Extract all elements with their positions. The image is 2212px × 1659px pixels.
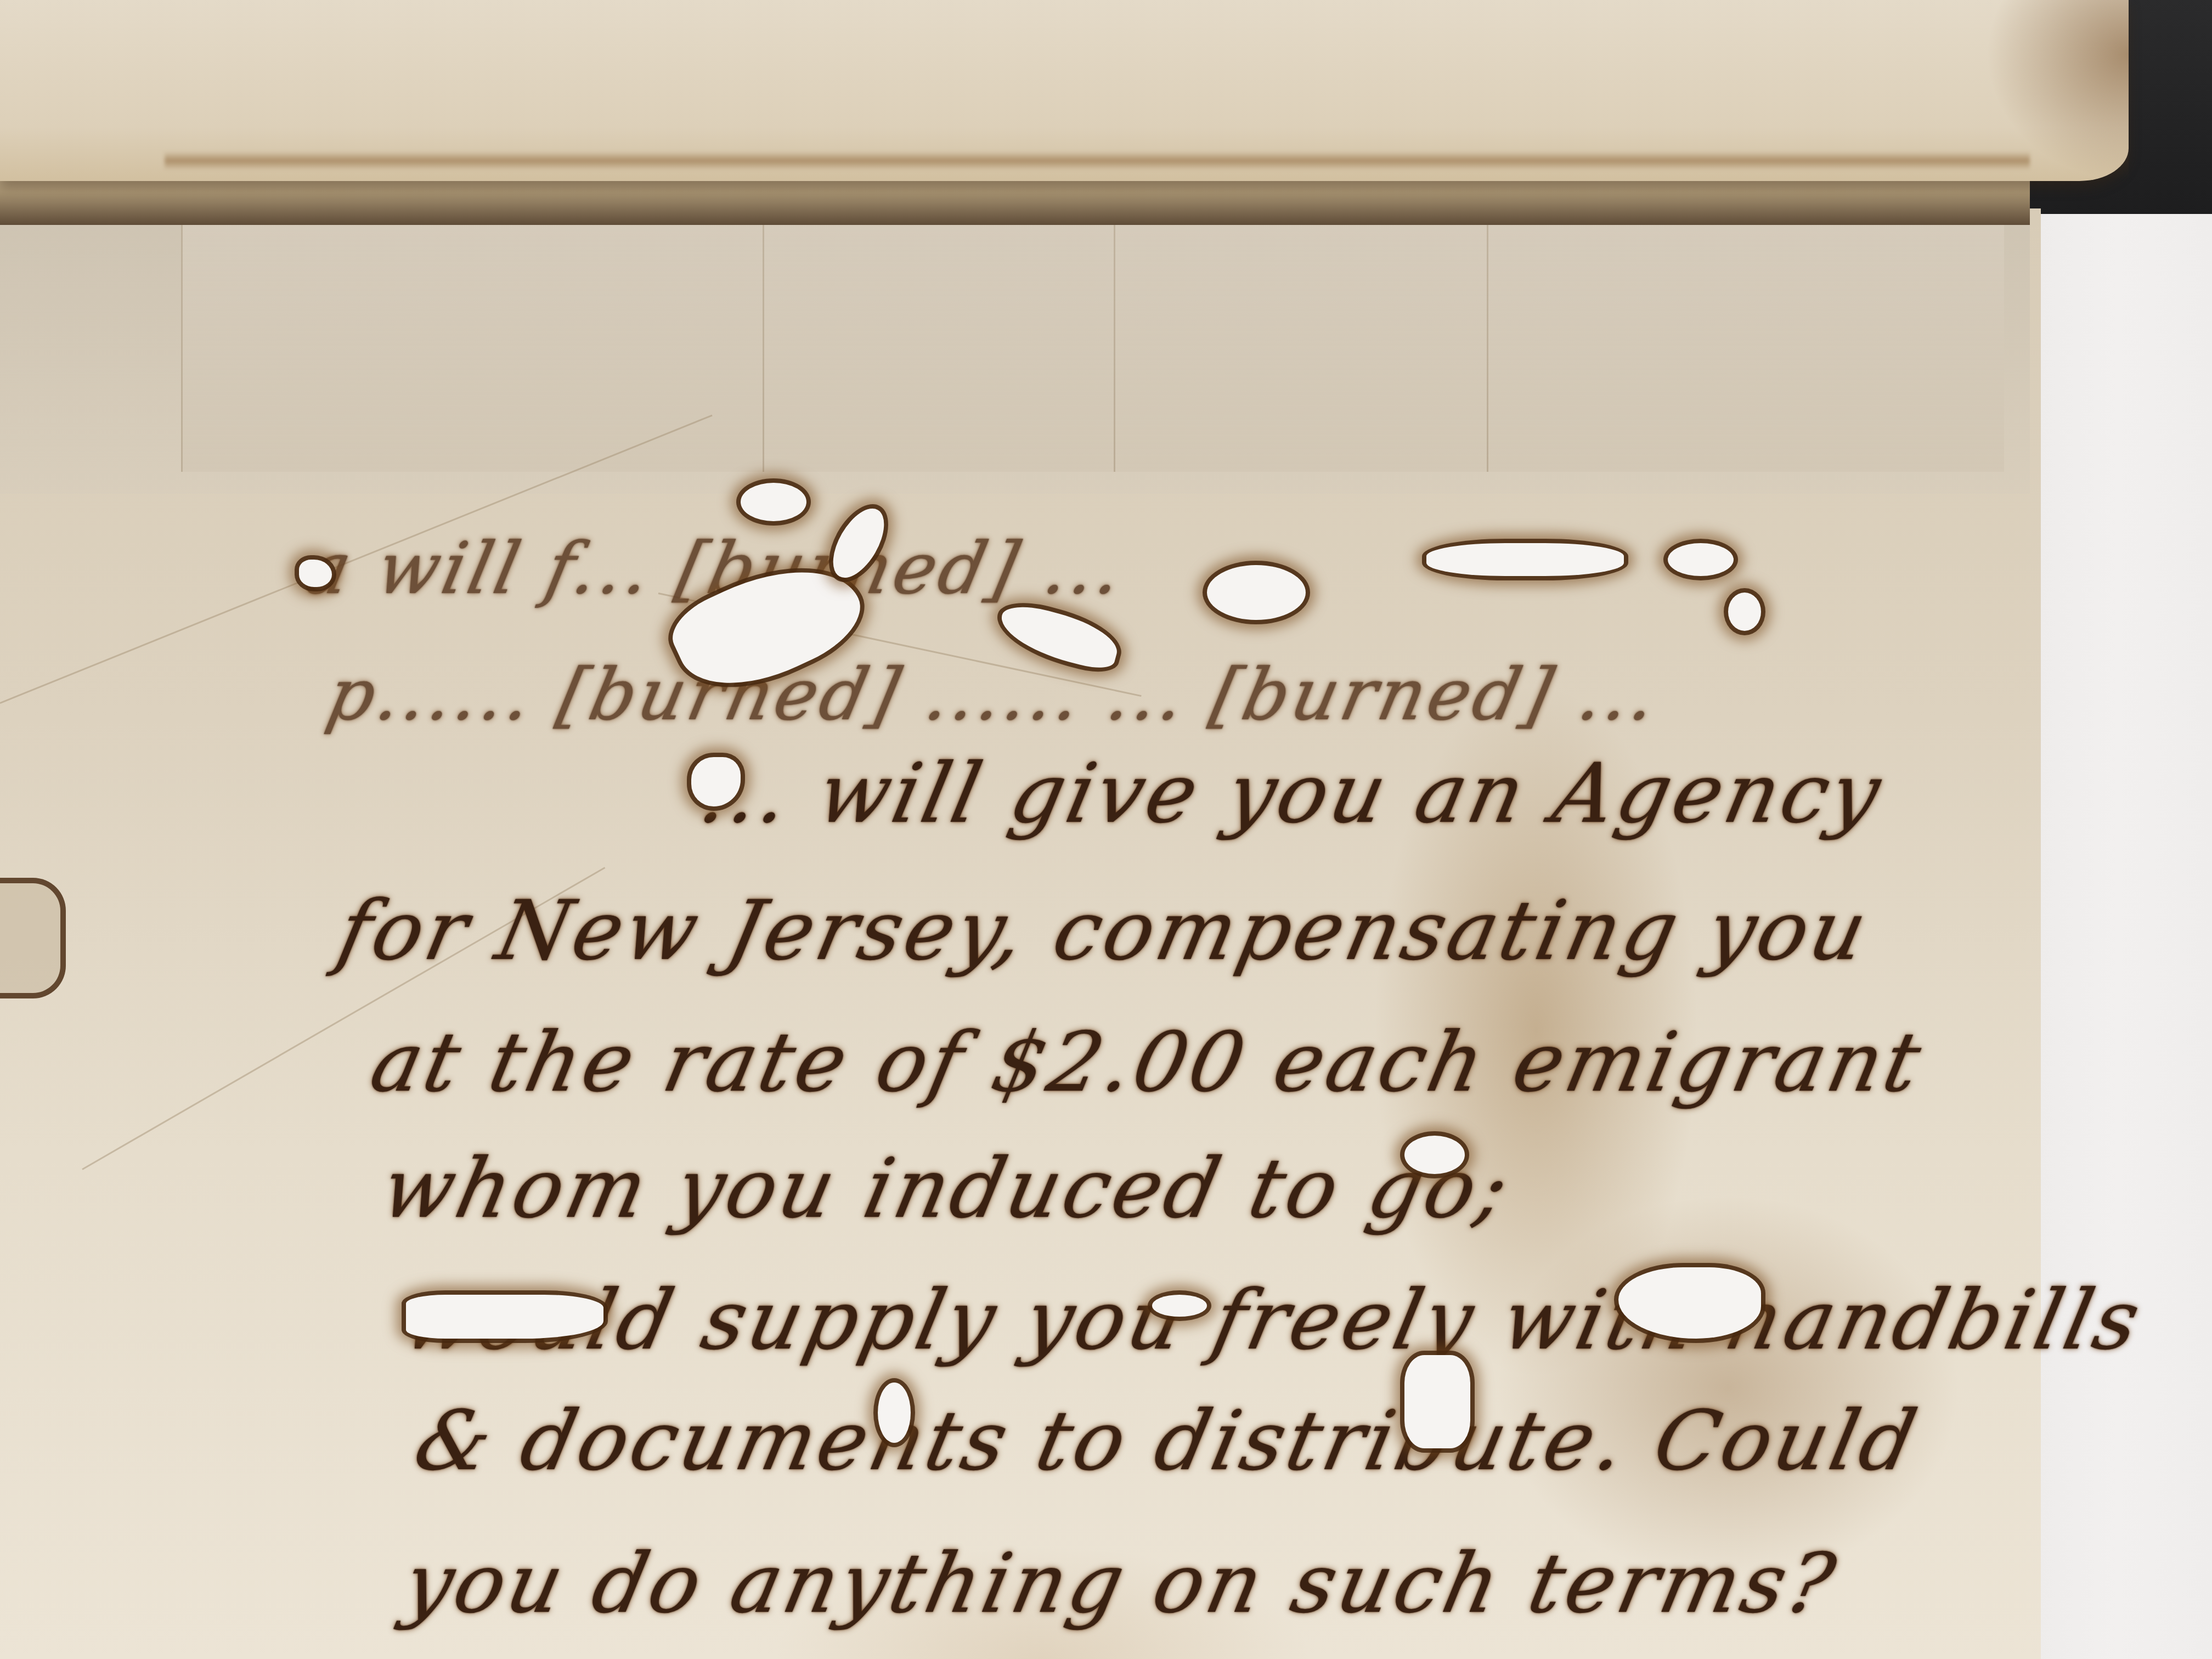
repair-tissue-layer xyxy=(0,208,2030,494)
tissue-panel xyxy=(1487,219,2004,472)
burn-hole xyxy=(741,483,806,521)
letter-line-5: at the rate of $2.00 each emigrant xyxy=(363,1015,1932,1110)
letter-line-4: for New Jersey, compensating you xyxy=(330,883,1878,979)
burn-hole xyxy=(1404,1355,1470,1448)
letter-line-2: p...... [burned] ...... ... [burned] ... xyxy=(320,653,1667,736)
letter-line-8: & documents to distribute. Could xyxy=(407,1393,1928,1489)
tissue-panel xyxy=(1114,219,1488,472)
scorched-edge xyxy=(165,151,2030,170)
margin-burn-fragment xyxy=(0,878,66,998)
burn-hole xyxy=(1728,592,1761,631)
burn-hole xyxy=(406,1295,603,1339)
letter-line-3: ... will give you an Agency xyxy=(692,746,1892,842)
burn-hole xyxy=(1668,543,1734,576)
burn-hole xyxy=(1152,1295,1207,1317)
letter-line-7: would supply you freely with handbills xyxy=(396,1273,2151,1368)
letter-line-6: whom you induced to go; xyxy=(374,1141,1520,1237)
stain xyxy=(1986,0,2129,181)
burn-hole xyxy=(1207,565,1306,620)
letter-line-9: you do anything on such terms? xyxy=(396,1536,1846,1632)
tissue-panel xyxy=(181,219,764,472)
burn-hole xyxy=(878,1383,911,1443)
upper-page-leaf xyxy=(0,0,2129,181)
burn-hole xyxy=(299,560,332,587)
tissue-panel xyxy=(763,219,1115,472)
burn-hole xyxy=(1426,543,1624,576)
burn-hole xyxy=(1404,1136,1465,1174)
